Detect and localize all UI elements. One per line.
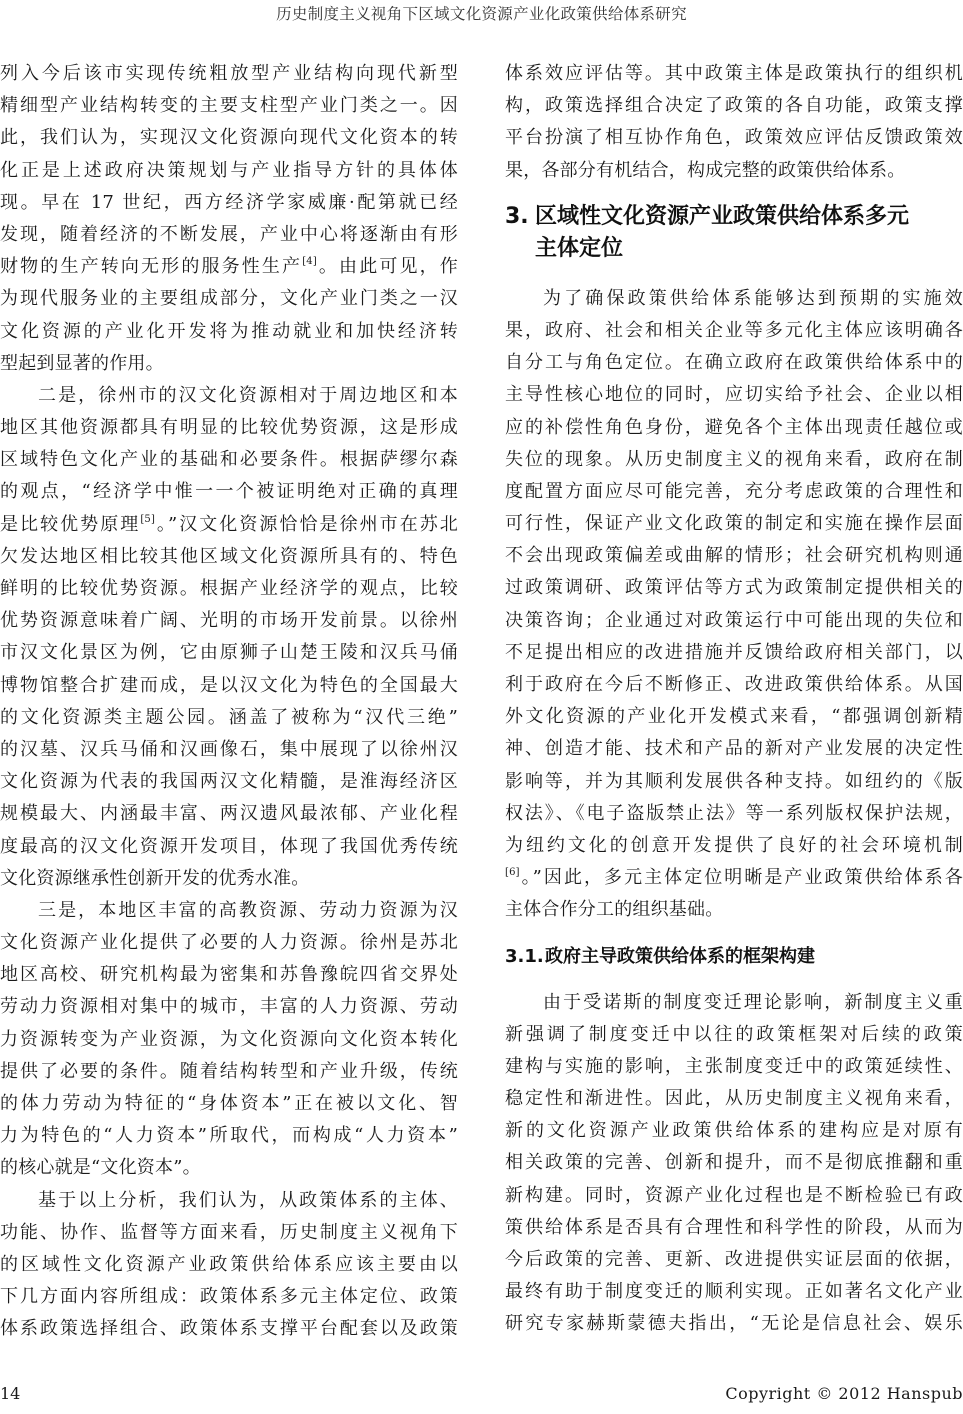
text-line: 为现代服务业的主要组成部分，文化产业门类之一汉 (0, 283, 458, 315)
text-line: 体系政策选择组合、政策体系支撑平台配套以及政策 (0, 1313, 458, 1345)
text-line: 文化资源产业化提供了必要的人力资源。徐州是苏北 (0, 927, 458, 959)
text-line: 主导性核心地位的同时，应切实给予社会、企业以相 (505, 379, 963, 411)
text-line: 市汉文化景区为例，它由原狮子山楚王陵和汉兵马俑 (0, 637, 458, 669)
citation-marker: [6] (505, 867, 520, 878)
text-line: 今后政策的完善、更新、改进提供实证层面的依据， (505, 1244, 963, 1276)
copyright-notice: Copyright © 2012 Hanspub (725, 1384, 963, 1403)
text-line: 文化资源的产业化开发将为推动就业和加快经济转 (0, 316, 458, 348)
text-line: 列入今后该市实现传统粗放型产业结构向现代新型 (0, 58, 458, 90)
paragraph: 二是，徐州市的汉文化资源相对于周边地区和本 地区其他资源都具有明显的比较优势资源… (0, 380, 458, 895)
text-line: 新强调了制度变迁中以往的政策框架对后续的政策 (505, 1019, 963, 1051)
text-line: 的核心就是“文化资本”。 (0, 1152, 458, 1184)
text-line: 的文化资源类主题公园。涵盖了被称为“汉代三绝” (0, 702, 458, 734)
text-line: 提供了必要的条件。随着结构转型和产业升级，传统 (0, 1056, 458, 1088)
text-line: 力为特色的“人力资本”所取代，而构成“人力资本” (0, 1120, 458, 1152)
text-line: 为纽约文化的创意开发提供了良好的社会环境机制 (505, 830, 963, 862)
left-column: 列入今后该市实现传统粗放型产业结构向现代新型 精细型产业结构转变的主要支柱型产业… (0, 58, 458, 1346)
text-line: 策供给体系是否具有合理性和科学性的阶段，从而为 (505, 1212, 963, 1244)
text-line: 发现，随着经济的不断发展，产业中心将逐渐由有形 (0, 219, 458, 251)
text-line: 平台扮演了相互协作角色，政策效应评估反馈政策效 (505, 122, 963, 154)
text-line: 最终有助于制度变迁的顺利实现。正如著名文化产业 (505, 1276, 963, 1308)
text-line: 过政策调研、政策评估等方式为政策制定提供相关的 (505, 572, 963, 604)
section-number: 3. (505, 201, 535, 233)
text-line: 欠发达地区相比较其他区域文化资源所具有的、特色 (0, 541, 458, 573)
text-line: 区域特色文化产业的基础和必要条件。根据萨缪尔森 (0, 444, 458, 476)
paragraph: 三是，本地区丰富的高教资源、劳动力资源为汉 文化资源产业化提供了必要的人力资源。… (0, 895, 458, 1185)
text-line: 此，我们认为，实现汉文化资源向现代文化资本的转 (0, 122, 458, 154)
text-line: 劳动力资源相对集中的城市，丰富的人力资源、劳动 (0, 991, 458, 1023)
citation-marker: [5] (140, 514, 155, 525)
text-line: 的区域性文化资源产业政策供给体系应该主要由以 (0, 1249, 458, 1281)
text-line: 现。早在 17 世纪，西方经济学家威廉·配第就已经 (0, 187, 458, 219)
paragraph: 体系效应评估等。其中政策主体是政策执行的组织机 构，政策选择组合决定了政策的各自… (505, 58, 963, 187)
text-line: 神、创造才能、技术和产品的新对产业发展的决定性 (505, 733, 963, 765)
text-line: 体系效应评估等。其中政策主体是政策执行的组织机 (505, 58, 963, 90)
text-line: 果，各部分有机结合，构成完整的政策供给体系。 (505, 155, 963, 187)
page-number: 14 (0, 1384, 20, 1403)
citation-marker: [4] (302, 256, 317, 267)
text-line: 不会出现政策偏差或曲解的情形；社会研究机构则通 (505, 540, 963, 572)
text-line: 功能、协作、监督等方面来看，历史制度主义视角下 (0, 1217, 458, 1249)
text-line: 的体力劳动为特征的“身体资本”正在被以文化、智 (0, 1088, 458, 1120)
text-line: 度最高的汉文化资源开发项目，体现了我国优秀传统 (0, 831, 458, 863)
text-line: 度配置方面应尽可能完善，充分考虑政策的合理性和 (505, 476, 963, 508)
paragraph: 为了确保政策供给体系能够达到预期的实施效 果，政府、社会和相关企业等多元化主体应… (505, 283, 963, 927)
text-line: 基于以上分析，我们认为，从政策体系的主体、 (0, 1185, 458, 1217)
text-line: 为了确保政策供给体系能够达到预期的实施效 (505, 283, 963, 315)
text-line: 决策咨询；企业通过对政策运行中可能出现的失位和 (505, 605, 963, 637)
text-line: 型起到显著的作用。 (0, 348, 458, 380)
text-line: 外文化资源的产业化开发模式来看，“都强调创新精 (505, 701, 963, 733)
text-line: 不足提出相应的改进措施并反馈给政府相关部门，以 (505, 637, 963, 669)
section-heading-3-1: 3.1.政府主导政策供给体系的框架构建 (505, 941, 963, 973)
text-line: 下几方面内容所组成：政策体系多元主体定位、政策 (0, 1281, 458, 1313)
text-line: 文化资源继承性创新开发的优秀水准。 (0, 863, 458, 895)
right-column: 体系效应评估等。其中政策主体是政策执行的组织机 构，政策选择组合决定了政策的各自… (505, 58, 963, 1341)
text-line: 的观点，“经济学中惟一一个被证明绝对正确的真理 (0, 476, 458, 508)
section-title: 区域性文化资源产业政策供给体系多元 (535, 204, 909, 229)
text-line: 主体合作分工的组织基础。 (505, 894, 963, 926)
text-line: 新构建。同时，资源产业化过程也是不断检验已有政 (505, 1180, 963, 1212)
text-line: 规模最大、内涵最丰富、两汉遗风最浓郁、产业化程 (0, 798, 458, 830)
text-line: 地区其他资源都具有明显的比较优势资源，这是形成 (0, 412, 458, 444)
text-line: 化正是上述政府决策规划与产业指导方针的具体体 (0, 155, 458, 187)
paragraph: 基于以上分析，我们认为，从政策体系的主体、 功能、协作、监督等方面来看，历史制度… (0, 1185, 458, 1346)
text-line: 建构与实施的影响，主张制度变迁中的政策延续性、 (505, 1051, 963, 1083)
text-line: 失位的现象。从历史制度主义的视角来看，政府在制 (505, 444, 963, 476)
text-line-with-citation: 是比较优势原理[5]。”汉文化资源恰恰是徐州市在苏北 (0, 509, 458, 541)
text-line: 影响等，并为其顺利发展供各种支持。如纽约的《版 (505, 766, 963, 798)
section-title: 政府主导政策供给体系的框架构建 (545, 946, 815, 967)
section-number: 3.1. (505, 941, 545, 973)
text-line: 二是，徐州市的汉文化资源相对于周边地区和本 (0, 380, 458, 412)
text-line: 应的补偿性角色身份，避免各个主体出现责任越位或 (505, 412, 963, 444)
text-line: 相关政策的完善、创新和提升，而不是彻底推翻和重 (505, 1147, 963, 1179)
text-line: 精细型产业结构转变的主要支柱型产业门类之一。因 (0, 90, 458, 122)
text-line-with-citation: [6]。”因此，多元主体定位明晰是产业政策供给体系各 (505, 862, 963, 894)
text-line: 鲜明的比较优势资源。根据产业经济学的观点，比较 (0, 573, 458, 605)
text-line: 的汉墓、汉兵马俑和汉画像石，集中展现了以徐州汉 (0, 734, 458, 766)
text-line: 权法》、《电子盗版禁止法》等一系列版权保护法规， (505, 798, 963, 830)
text-line: 地区高校、研究机构最为密集和苏鲁豫皖四省交界处 (0, 959, 458, 991)
paragraph: 由于受诺斯的制度变迁理论影响，新制度主义重 新强调了制度变迁中以往的政策框架对后… (505, 987, 963, 1341)
text-line: 构，政策选择组合决定了政策的各自功能，政策支撑 (505, 90, 963, 122)
text-line: 新的文化资源产业政策供给体系的建构应是对原有 (505, 1115, 963, 1147)
paragraph: 列入今后该市实现传统粗放型产业结构向现代新型 精细型产业结构转变的主要支柱型产业… (0, 58, 458, 380)
section-heading-3: 3.区域性文化资源产业政策供给体系多元 主体定位 (505, 201, 963, 265)
text-line: 利于政府在今后不断修正、改进政策供给体系。从国 (505, 669, 963, 701)
text-line: 优势资源意味着广阔、光明的市场开发前景。以徐州 (0, 605, 458, 637)
text-line: 力资源转变为产业资源，为文化资源向文化资本转化 (0, 1024, 458, 1056)
running-header: 历史制度主义视角下区域文化资源产业化政策供给体系研究 (0, 2, 963, 24)
text-line: 由于受诺斯的制度变迁理论影响，新制度主义重 (505, 987, 963, 1019)
text-line-with-citation: 财物的生产转向无形的服务性生产[4]。由此可见，作 (0, 251, 458, 283)
text-line: 博物馆整合扩建而成，是以汉文化为特色的全国最大 (0, 670, 458, 702)
text-line: 三是，本地区丰富的高教资源、劳动力资源为汉 (0, 895, 458, 927)
text-line: 可行性，保证产业文化政策的制定和实施在操作层面 (505, 508, 963, 540)
text-line: 稳定性和渐进性。因此，从历史制度主义视角来看， (505, 1083, 963, 1115)
text-line: 果，政府、社会和相关企业等多元化主体应该明确各 (505, 315, 963, 347)
section-title-continued: 主体定位 (505, 233, 963, 265)
text-line: 研究专家赫斯蒙德夫指出，“无论是信息社会、娱乐 (505, 1308, 963, 1340)
text-line: 自分工与角色定位。在确立政府在政策供给体系中的 (505, 347, 963, 379)
text-line: 文化资源为代表的我国两汉文化精髓，是淮海经济区 (0, 766, 458, 798)
